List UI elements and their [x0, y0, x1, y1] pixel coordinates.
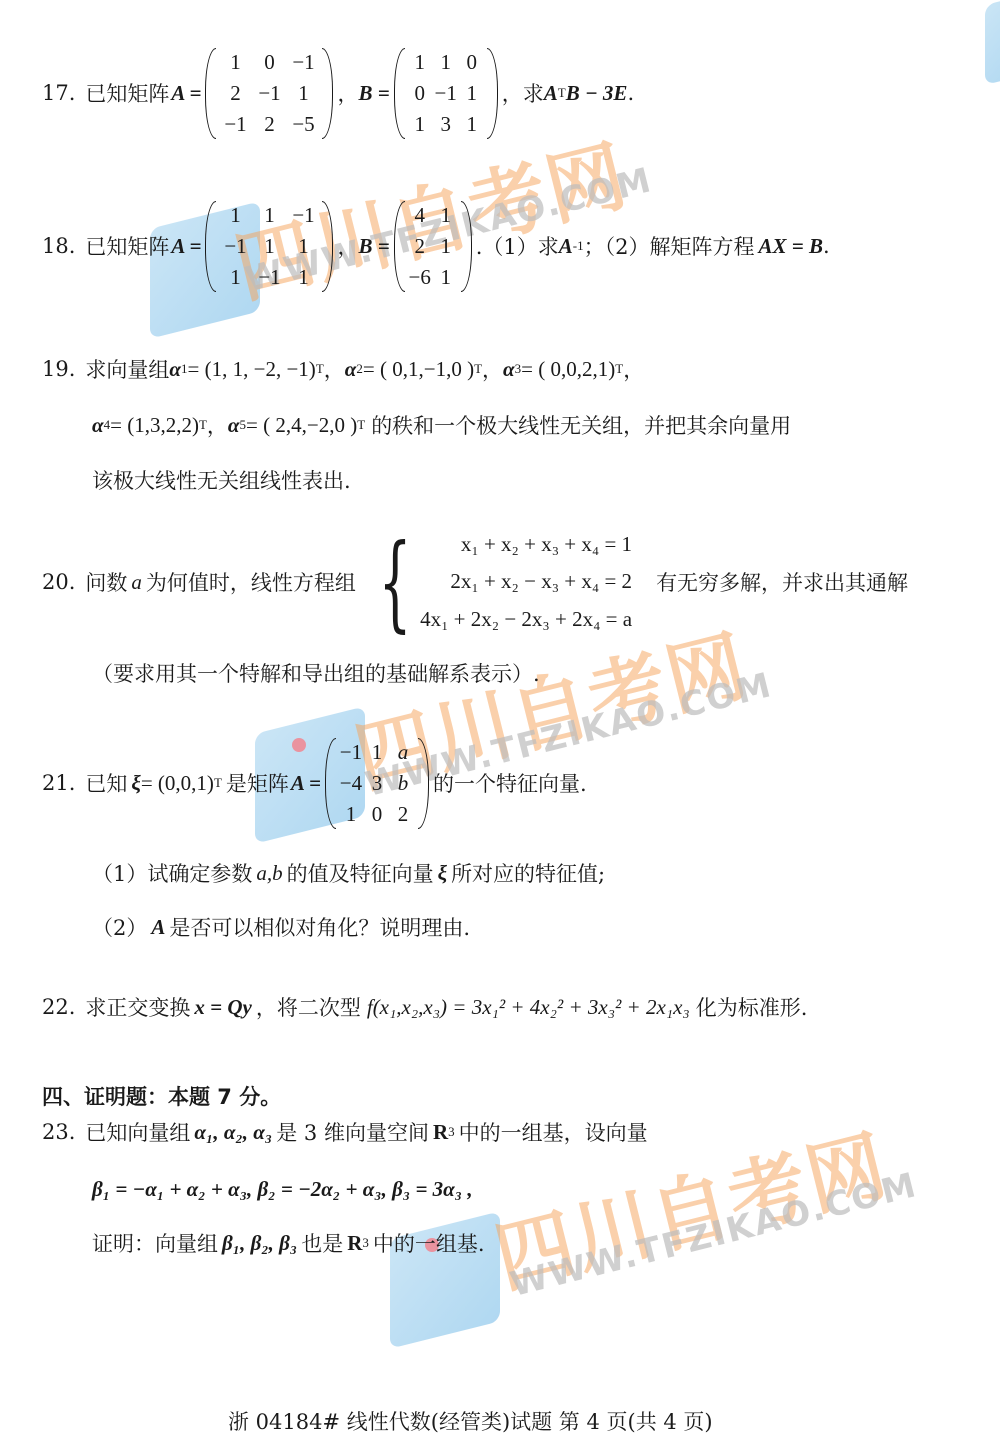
- question-number: 21.: [42, 771, 75, 795]
- question-number: 18.: [42, 234, 75, 258]
- matrix-A: 10−1 2−11 −12−5: [205, 48, 333, 139]
- watermark-url-3: WWW.TFZIKAO.COM: [506, 1165, 921, 1305]
- question-21: 21. 已知 ξ = (0,0,1)T 是矩阵 A = −11a −43b 10…: [42, 730, 587, 836]
- page-footer: 浙 04184# 线性代数(经管类)试题 第 4 页(共 4 页): [228, 1405, 713, 1437]
- question-text: 已知矩阵: [85, 78, 169, 108]
- equation-1: x₁ + x₂ + x₃ + x₄ = 1: [420, 532, 632, 557]
- question-20: 20. 问数 a 为何值时，线性方程组 { x₁ + x₂ + x₃ + x₄ …: [42, 528, 908, 636]
- question-21-part-1: （1）试确定参数 a,b 的值及特征向量 ξ 所对应的特征值;: [92, 856, 605, 890]
- left-brace: {: [378, 530, 411, 634]
- equation-3: 4x₁ + 2x₂ − 2x₃ + 2x₄ = a: [420, 607, 632, 632]
- question-number: 20.: [42, 570, 75, 594]
- question-20-note: （要求用其一个特解和导出组的基础解系表示）.: [92, 656, 540, 690]
- matrix-label: A =: [171, 81, 201, 106]
- equation-system: { x₁ + x₂ + x₃ + x₄ = 1 2x₁ + x₂ − x₃ + …: [362, 530, 632, 634]
- question-number: 22.: [42, 995, 75, 1019]
- question-19-line-1: 19. 求向量组 α1 = (1, 1, −2, −1)T ， α2 = ( 0…: [42, 352, 644, 386]
- question-23-line-1: 23. 已知向量组 α₁, α₂, α₃ 是 3 维向量空间 R3 中的一组基，…: [42, 1115, 648, 1149]
- question-23-line-3: 证明：向量组 β₁, β₂, β₃ 也是 R3 中的一组基.: [92, 1226, 485, 1260]
- question-number: 17.: [42, 81, 75, 105]
- question-19-line-3: 该极大线性无关组线性表出.: [92, 463, 351, 497]
- matrix-label: B =: [358, 81, 389, 106]
- question-17: 17. 已知矩阵 A = 10−1 2−11 −12−5 ， B = 110 0…: [42, 40, 634, 146]
- matrix-A: −11a −43b 102: [325, 738, 429, 829]
- matrix-B: 41 21 −61: [394, 201, 472, 292]
- question-21-part-2: （2） A 是否可以相似对角化？说明理由.: [92, 910, 470, 944]
- matrix-A: 11−1 −111 1−11: [205, 201, 333, 292]
- question-text: 已知矩阵: [85, 231, 169, 261]
- question-18: 18. 已知矩阵 A = 11−1 −111 1−11 ， B = 41 21 …: [42, 193, 830, 299]
- question-19-line-2: α4 = (1,3,2,2)T ， α5 = ( 2,4,−2,0 )T 的秩和…: [92, 408, 791, 442]
- watermark-logo-edge: [985, 0, 1000, 85]
- question-22: 22. 求正交变换 x = Qy ，将二次型 f(x₁,x₂,x₃) = 3x₁…: [42, 990, 807, 1024]
- question-number: 19.: [42, 357, 75, 381]
- section-heading: 四、证明题：本题 7 分。: [42, 1080, 281, 1112]
- matrix-label: A =: [171, 234, 201, 259]
- equation-2: 2x₁ + x₂ − x₃ + x₄ = 2: [420, 569, 632, 594]
- matrix-label: B =: [358, 234, 389, 259]
- question-23-line-2: β₁ = −α₁ + α₂ + α₃, β₂ = −2α₂ + α₃, β₃ =…: [92, 1172, 473, 1206]
- matrix-B: 110 0−11 131: [394, 48, 498, 139]
- question-number: 23.: [42, 1120, 75, 1144]
